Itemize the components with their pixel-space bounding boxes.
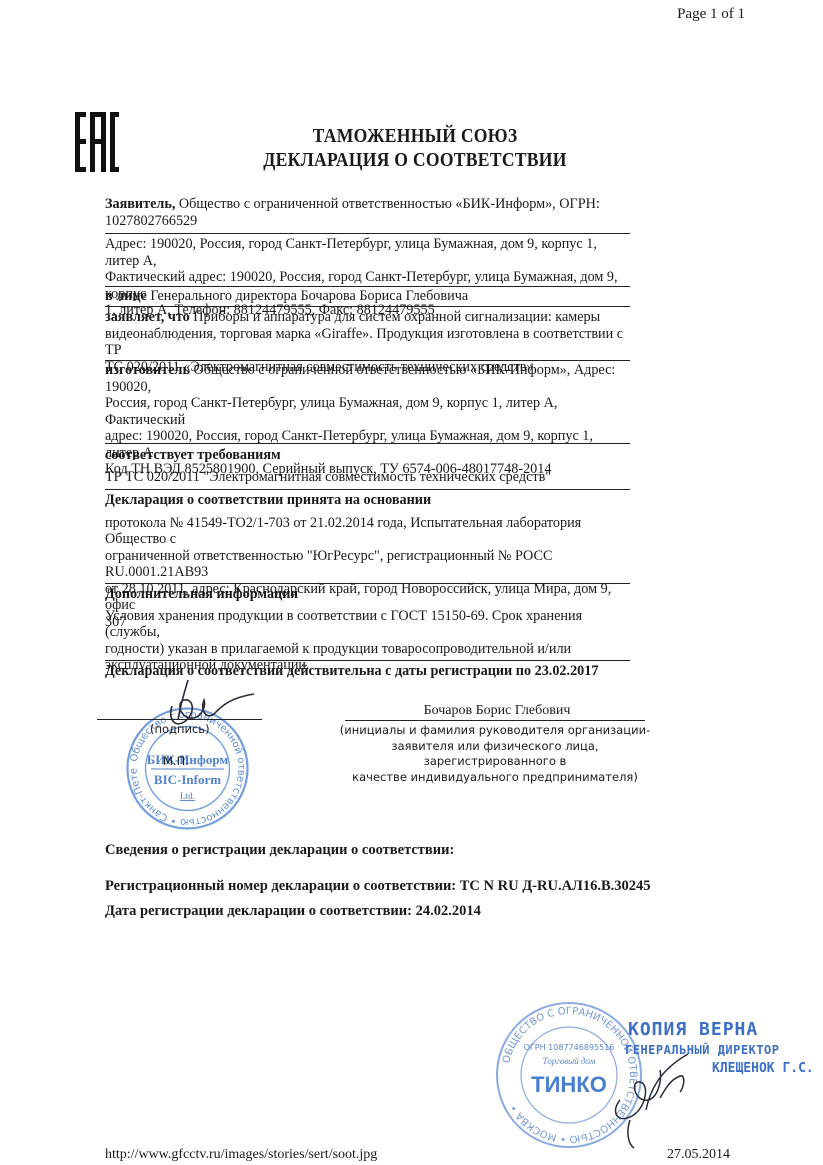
applicant-label: Заявитель, — [105, 196, 175, 212]
signature-caption: (подпись) — [150, 722, 210, 736]
certifier-signature-icon — [600, 1040, 710, 1150]
applicant-section: Заявитель, Общество с ограниченной ответ… — [105, 196, 630, 229]
registration-date-value: 24.02.2014 — [416, 903, 481, 919]
signer-name: Бочаров Борис Глебович — [352, 703, 642, 719]
complies-label: соответствует требованиям — [105, 447, 630, 464]
represented-by-section: в лице Генерального директора Бочарова Б… — [105, 288, 630, 305]
signer-caption-line: (инициалы и фамилия руководителя организ… — [335, 723, 655, 739]
represented-by-text: Генерального директора Бочарова Бориса Г… — [147, 288, 468, 304]
basis-text: ограниченной ответственностью "ЮгРесурс"… — [105, 548, 630, 581]
complies-section: соответствует требованиям ТР ТС 020/2011… — [105, 447, 630, 485]
svg-text:ТИНКО: ТИНКО — [531, 1072, 607, 1097]
divider — [105, 306, 630, 307]
svg-text:BIC-Inform: BIC-Inform — [154, 772, 221, 787]
signer-line — [345, 720, 645, 721]
registration-number: Регистрационный номер декларации о соотв… — [105, 878, 651, 895]
declares-text: Приборы и аппаратура для систем охранной… — [190, 309, 600, 325]
declares-text: видеонаблюдения, торговая марка «Giraffe… — [105, 326, 630, 359]
declares-label: заявляет, что — [105, 309, 190, 325]
signer-caption-line: заявителя или физического лица, зарегист… — [335, 739, 655, 770]
divider — [105, 583, 630, 584]
signer-caption: (инициалы и фамилия руководителя организ… — [335, 723, 655, 785]
title-customs-union: ТАМОЖЕННЫЙ СОЮЗ — [204, 125, 626, 148]
manufacturer-text: Россия, город Санкт-Петербург, улица Бум… — [105, 395, 630, 428]
divider — [105, 360, 630, 361]
additional-text: Условия хранения продукции в соответстви… — [105, 608, 630, 641]
registration-number-label: Регистрационный номер декларации о соотв… — [105, 878, 460, 894]
applicant-ogrn: 1027802766529 — [105, 213, 630, 230]
title-declaration: ДЕКЛАРАЦИЯ О СООТВЕТСТВИИ — [204, 149, 626, 172]
represented-by-label: в лице — [105, 288, 147, 304]
footer-url[interactable]: http://www.gfcctv.ru/images/stories/sert… — [105, 1147, 377, 1163]
additional-label: Дополнительная информация — [105, 586, 630, 603]
registration-heading: Сведения о регистрации декларации о соот… — [105, 842, 454, 859]
divider — [105, 233, 630, 234]
seal-caption: М.П. — [163, 754, 189, 768]
signer-caption-line: качестве индивидуального предпринимателя… — [335, 770, 655, 786]
registration-date-label: Дата регистрации декларации о соответств… — [105, 903, 416, 919]
divider — [105, 489, 630, 490]
svg-text:Ltd.: Ltd. — [180, 791, 195, 801]
registration-number-value: ТС N RU Д-RU.АЛ16.В.30245 — [460, 878, 651, 894]
applicant-text: Общество с ограниченной ответственностью… — [175, 196, 599, 212]
registration-date: Дата регистрации декларации о соответств… — [105, 903, 481, 920]
svg-text:Торговый дом: Торговый дом — [543, 1056, 596, 1066]
address-line: Адрес: 190020, Россия, город Санкт-Петер… — [105, 236, 630, 269]
basis-text: протокола № 41549-ТО2/1-703 от 21.02.201… — [105, 515, 630, 548]
additional-text: годности) указан в прилагаемой к продукц… — [105, 641, 630, 658]
basis-label: Декларация о соответствии принята на осн… — [105, 492, 630, 509]
signature-line — [97, 719, 262, 720]
copy-stamp-line1: КОПИЯ ВЕРНА — [628, 1019, 758, 1040]
complies-text: ТР ТС 020/2011 "Электромагнитная совмест… — [105, 469, 630, 486]
footer-date: 27.05.2014 — [667, 1147, 730, 1163]
manufacturer-label: изготовитель — [105, 362, 190, 378]
divider — [105, 660, 630, 661]
page-indicator: Page 1 of 1 — [677, 6, 745, 23]
divider — [105, 286, 630, 287]
eac-logo-icon — [75, 112, 119, 172]
divider — [105, 443, 630, 444]
copy-stamp-line3: КЛЕЩЕНОК Г.С. — [712, 1061, 814, 1076]
